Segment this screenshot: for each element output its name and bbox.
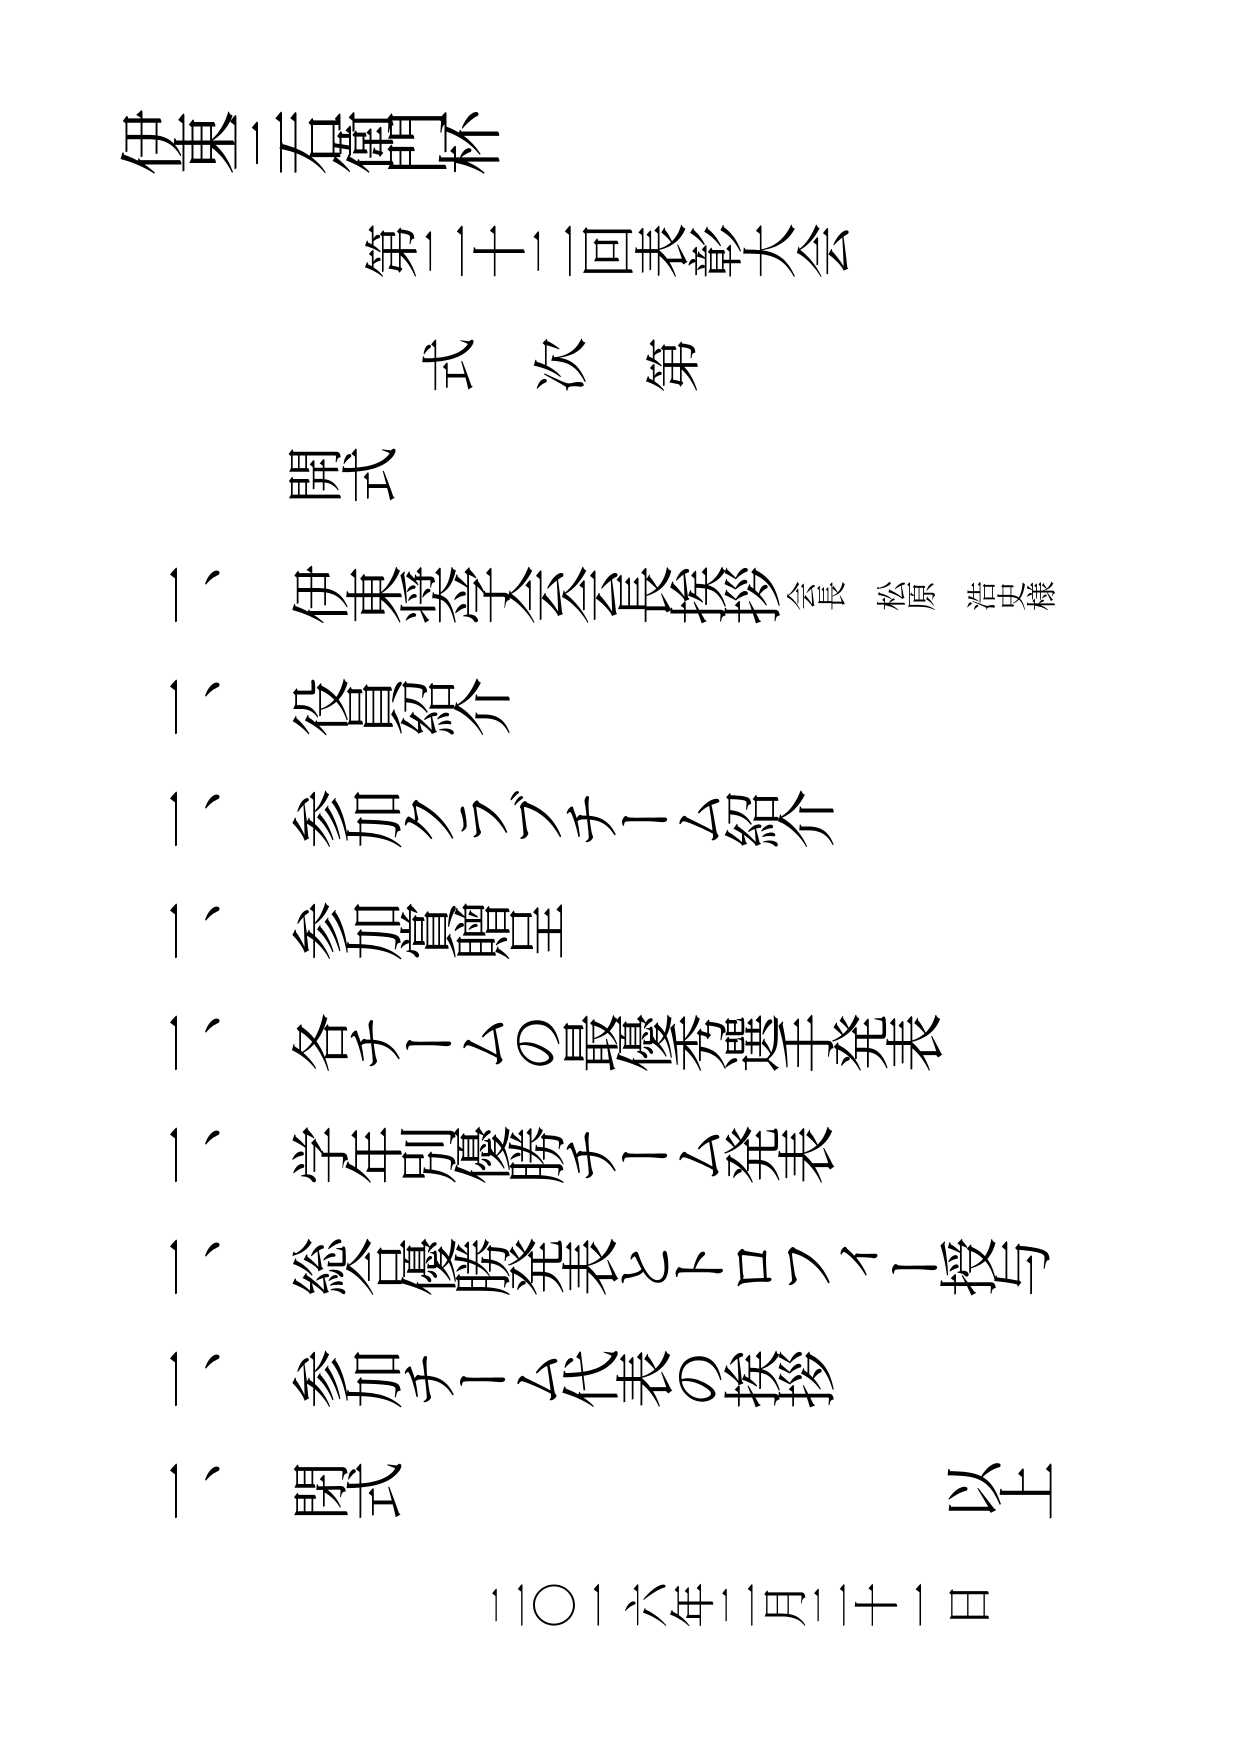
closing-marker: 以上 bbox=[398, 1463, 1051, 1529]
program-item-6: 一、学年別優勝チーム発表 bbox=[0, 1126, 1240, 1195]
program-item-7: 一、総合優勝発表とトロフィー授与 bbox=[0, 1238, 1240, 1307]
program-heading: 式 次 第 bbox=[0, 338, 1240, 402]
item-text: 参加チーム代表の挨拶 bbox=[290, 1351, 830, 1417]
item-number-prefix: 一、 bbox=[148, 1463, 290, 1529]
chairman-name-note: 会長 松原 浩史様 bbox=[776, 583, 1056, 616]
item-text: 総合優勝発表とトロフィー授与 bbox=[290, 1239, 1046, 1305]
item-text: 各チームの最優秀選手発表 bbox=[290, 1015, 938, 1081]
item-number-prefix: 一、 bbox=[148, 1351, 290, 1417]
event-date: 二〇一六年二月二十一日 bbox=[0, 1583, 1240, 1636]
item-text: 閉式 bbox=[290, 1463, 398, 1529]
item-number-prefix: 一、 bbox=[148, 791, 290, 857]
program-item-4: 一、参加賞贈呈 bbox=[0, 902, 1240, 971]
item-number-prefix: 一、 bbox=[148, 567, 290, 633]
opening-ceremony-line: 開式 bbox=[0, 448, 1240, 515]
program-item-5: 一、各チームの最優秀選手発表 bbox=[0, 1014, 1240, 1083]
item-number-prefix: 一、 bbox=[148, 1239, 290, 1305]
item-number-prefix: 一、 bbox=[148, 679, 290, 745]
program-item-3: 一、参加クラブチーム紹介 bbox=[0, 790, 1240, 859]
item-number-prefix: 一、 bbox=[148, 1127, 290, 1193]
tournament-title: 伊東三右衛門杯 bbox=[0, 112, 1240, 188]
item-number-prefix: 一、 bbox=[148, 903, 290, 969]
rotated-document-content: 伊東三右衛門杯 第二十二回表彰大会 式 次 第 開式 一、伊東奨学会会長挨拶会長… bbox=[0, 0, 1240, 1754]
item-text: 参加クラブチーム紹介 bbox=[290, 791, 830, 857]
program-item-9: 一、閉式以上 bbox=[0, 1462, 1240, 1531]
program-item-8: 一、参加チーム代表の挨拶 bbox=[0, 1350, 1240, 1419]
program-item-2: 一、役員紹介 bbox=[0, 678, 1240, 747]
event-title: 第二十二回表彰大会 bbox=[0, 224, 1240, 288]
item-number-prefix: 一、 bbox=[148, 1015, 290, 1081]
item-text: 参加賞贈呈 bbox=[290, 903, 560, 969]
item-text: 学年別優勝チーム発表 bbox=[290, 1127, 830, 1193]
item-text: 伊東奨学会会長挨拶 bbox=[290, 567, 776, 633]
item-text: 役員紹介 bbox=[290, 679, 506, 745]
program-item-1: 一、伊東奨学会会長挨拶会長 松原 浩史様 bbox=[0, 566, 1240, 635]
document-page: 伊東三右衛門杯 第二十二回表彰大会 式 次 第 開式 一、伊東奨学会会長挨拶会長… bbox=[0, 0, 1240, 1754]
